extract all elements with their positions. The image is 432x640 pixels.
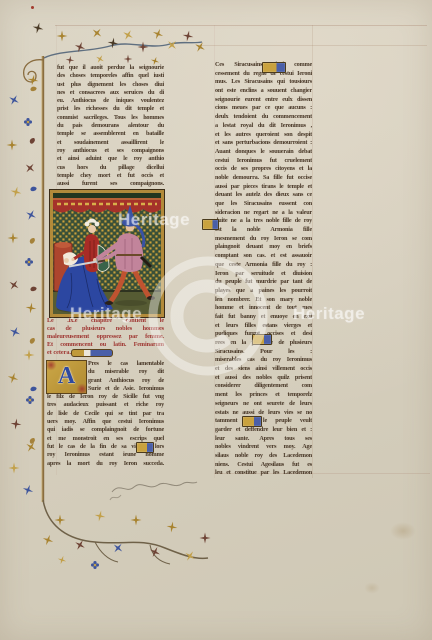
text-line: apres la mort du roy Ieron succeda. [47, 460, 164, 468]
text-line: tres audacieux puissant et riche roy [47, 401, 164, 409]
text-line: nes et consacrees aux seruices du di [57, 89, 164, 97]
text-line: leur sante. Apres tous ses [215, 435, 312, 444]
text-line: considerer diligentement com [215, 382, 312, 391]
text-line: et ainsi aduint que le roy anthio [57, 155, 164, 163]
text-line: ont este enclins a souuent changier [215, 87, 312, 96]
text-line: seignourie eurent entre eulx dissen [215, 96, 312, 105]
text-line: ust plus dignement les choses diui [57, 81, 164, 89]
text-line: est la noble Armonia fille [215, 226, 312, 235]
text-line: garder et deffendre leur bien et : [215, 426, 312, 435]
text-line: leu et constitue par les Lacedemon [215, 469, 312, 478]
kneeling-woman-face [64, 258, 69, 263]
line-filler-ornament [71, 349, 113, 357]
signature-inscription [108, 474, 200, 502]
flower [26, 396, 34, 404]
text-line: duite ne a la tres noble fille de roy [215, 217, 312, 226]
text-line: mesmement du roy Ieron se com [215, 235, 312, 244]
text-line: Surie et de Asie. Ieronimus [88, 385, 164, 393]
illuminated-initial: A [46, 360, 87, 394]
champ-initial [202, 219, 219, 230]
watermark-text: Heritage [118, 210, 190, 230]
text-line: aussi furent ses compaignons. [57, 180, 164, 188]
text-line: deuant les autelz des dieux sans ce [215, 191, 312, 200]
champ-initial [242, 416, 262, 427]
text-line: niens. Cestui Agesilaus fut es [215, 461, 312, 470]
text-line: prist les richesses du dit temple et [57, 105, 164, 113]
text-line: cestui Ieronimus fut cruelement [215, 157, 312, 166]
parchment-stain [364, 582, 380, 594]
champ-initial [262, 62, 286, 73]
text-line: Auant donques le souuerain debat [215, 148, 312, 157]
text-line: temple chey mort et fut occis et [57, 172, 164, 180]
text-line: commist sacrileges. Tous les hommes [57, 114, 164, 122]
text-line: et sans perturbacions demourroient : [215, 139, 312, 148]
text-line: du pais demourans alentour du [57, 122, 164, 130]
text-line: eu. Anthiocus de iniques voulentez [57, 97, 164, 105]
text-line: fut que il auoit perdue la seignourie [57, 64, 164, 72]
text-line: uers moy. Affin que cestui Ieronimus [47, 418, 164, 426]
watermark-text: Heritage [293, 304, 365, 324]
text-line: et les autres queroient son despit [215, 131, 312, 140]
text-line: estats ne aussi de leurs vies se no [215, 409, 312, 418]
text-line: temple se assemblerent en bataille [57, 130, 164, 138]
parchment-stain [390, 522, 416, 540]
standing-woman-face [88, 225, 96, 233]
text-line: roy anthiocus et ses compaignons [57, 147, 164, 155]
champ-initial [136, 442, 154, 453]
text-line: seigneurs ne ont seurete de leurs [215, 400, 312, 409]
manuscript-page: fut que il auoit perdue la seignouriedes… [0, 0, 432, 640]
left-column-upper-text: fut que il auoit perdue la seignouriedes… [57, 64, 164, 188]
text-line: a lestat royal du dit Ieronimus , [215, 122, 312, 131]
flower [91, 561, 99, 569]
text-line: et soudainement assaillirent le [57, 139, 164, 147]
watermark-text: Heritage [70, 304, 142, 324]
text-line: ment les princes et temporelz [215, 391, 312, 400]
text-line: plaingnoit deuant moy en briefs [215, 243, 312, 252]
text-line: que les Siracusains eussent con [215, 200, 312, 209]
text-line: silaus noble roy des Lacedemon [215, 452, 312, 461]
text-line: aussi par pieces tirans le temple et [215, 183, 312, 192]
text-line: cus hors du pillage dicellui [57, 164, 164, 172]
text-line: le filz de Ieron roy de Sicille fut vng [47, 393, 164, 401]
text-line: noble demourra. Sa fille fut occise [215, 174, 312, 183]
text-line: qui iadis se complaingnoit de fortune [47, 426, 164, 434]
ruling-line-vertical-right [312, 25, 313, 478]
text-line: cions meues par ce que aucuns : [215, 104, 312, 113]
text-line: occis de ses propres citoyens et la [215, 165, 312, 174]
text-line: sideracion ne regart ne a la valeur [215, 209, 312, 218]
text-line: deulx tendoient du commencement [215, 113, 312, 122]
canopy-top [53, 193, 161, 198]
text-line: de lisle de Cecile qui se tint par tra [47, 410, 164, 418]
text-line: mus. Les Siracusains qui tousiours [215, 78, 312, 87]
text-line: tamment que le peuple veult [215, 417, 312, 426]
watermark-copyright-icon [146, 254, 270, 378]
flower [25, 258, 33, 266]
text-line: nobles vindrent vers moy. Age [215, 443, 312, 452]
left-column-lower-text: le filz de Ieron roy de Sicille fut vngt… [47, 393, 164, 468]
flower [24, 118, 32, 126]
text-line: des choses temporeles affin quel iusti [57, 72, 164, 80]
